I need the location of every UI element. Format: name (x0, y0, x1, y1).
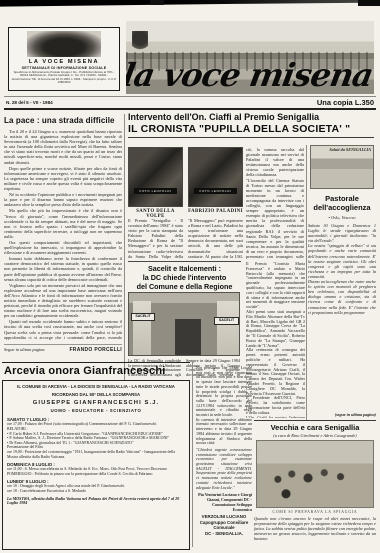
vecchia-body: Quando non c'erano ancora le ruspe ed al… (254, 516, 376, 542)
ciaffi-column-d: Il Premio "Cronista Maria Francesca" è a… (246, 262, 305, 418)
copy-price: Una copia L.350 (317, 98, 374, 107)
vintage-beach-photo (256, 440, 374, 508)
paragraph: Ora questi comportamenti discutibili ed … (4, 240, 122, 255)
article-la-pace: La pace : una strada difficile Tra il 20… (4, 114, 122, 353)
column-divider (192, 362, 193, 547)
paragraph: Né in occidente l'opinione pubblica e i … (4, 192, 122, 207)
arcevia-program-box: IL COMUNE DI ARCEVIA - LA DIOCESI DI SEN… (2, 380, 190, 550)
caption-fabrizio-paladini: FABRIZIO PALADINI (188, 209, 243, 214)
issue-row: N. 28 del 5 - VII - 1984 Una copia L.350 (4, 96, 376, 110)
panorama-photo: la voce misena (126, 21, 374, 94)
masthead-name: LA VOCE MISENA (11, 59, 117, 65)
sacelit-headline: Sacelit e Italcementi : la DC chiede l'i… (128, 261, 241, 291)
column-divider (306, 145, 307, 420)
paragraph: Innanzi tutto dobbiamo avere la franchez… (4, 256, 122, 281)
paragraph: Dopo quelle prime e scarse notizie, filt… (4, 166, 122, 191)
photo-santo-della-volpe: FOTO LEOPOLDI (128, 147, 183, 207)
beach-photo-caption: COME SI PREPARAVA LA SPIAGGIA (254, 510, 376, 514)
gate-pillar-left (133, 301, 151, 355)
pastorale-title: Pastorale dell'accoglienza (308, 194, 376, 212)
gate-pillar-right (217, 301, 239, 355)
sacelit-continuation-text: Noi pensiamo che l'Ente Locale non può e… (196, 366, 252, 446)
article-vecchia-senigallia: Vecchia e cara Senigallia (a cura di Rin… (254, 420, 376, 542)
vecchia-title: Vecchia e cara Senigallia (254, 423, 376, 432)
continuation-note: Segue in ultima pagina (4, 347, 45, 352)
sacelit-telegram: "Chiedesi urgente convocazione commissio… (196, 448, 252, 490)
paragraph: Vogliamo solo per un momento provarci ad… (4, 283, 122, 319)
photo-fabrizio-paladini: FOTO LEOPOLDI (188, 147, 243, 207)
postcard-text: Saluti da SENIGALLIA (329, 147, 371, 152)
arcevia-honoree-name: GIUSEPPE GIANFRANCESCHI S.J. (7, 400, 185, 406)
vecchia-curators: (a cura di Rino Girolimetti e Adrio Casa… (254, 433, 376, 438)
scan-artifact-corner (358, 0, 380, 6)
arcevia-day-1-program: ore 17,00 : Palazzo dei Priori (sala cin… (7, 422, 185, 459)
paragraph: Quanti nel mondo occidentale hanno subit… (4, 319, 122, 341)
gate-opening (175, 319, 201, 356)
scan-artifact-mark (150, 0, 164, 5)
sacelit-sign-right: SACELIT (214, 317, 239, 325)
sacelit-signatories: Pia Venturini Luciano e Giorgi Gianni, C… (196, 492, 252, 512)
arcevia-organizers: IL COMUNE DI ARCEVIA - LA DIOCESI DI SEN… (7, 384, 185, 389)
author-signature: FRANDO PORCELLI (69, 347, 122, 353)
ciaffi-main-headline: IL CRONISTA "PUPILLA DELLA SOCIETA' " (128, 123, 374, 135)
rocca-fortress-photo (27, 31, 101, 57)
photo-credit-stamp: FOTO LEOPOLDI (134, 188, 177, 194)
paragraph: Ma quello che più ha impressionato è che… (4, 208, 122, 239)
arcevia-mostra-note: La MOSTRA, allestita dalla Radio Vatican… (7, 497, 185, 507)
sacelit-continuation-column: Noi pensiamo che l'Ente Locale non può e… (196, 366, 252, 547)
sacelit-sign-left: SACELIT (131, 313, 155, 321)
arcevia-headline: Arcevia onora Gianfranceschi (4, 365, 190, 377)
newspaper-front-page: LA VOCE MISENA SETTIMANALE DI INFORMAZIO… (0, 0, 380, 553)
pastorale-title-line1: Pastorale (308, 194, 376, 203)
photo-credit-stamp: FOTO LEOPOLDI (194, 188, 237, 194)
pastorale-body: Sabato 30 Giugno e Domenica 1 Luglio le … (308, 223, 376, 411)
pastorale-title-line2: dell'accoglienza (308, 203, 376, 212)
pastorale-byline: • Oslo, Vescovo (308, 215, 376, 220)
article-ciaffi-headline-block: Intervento dell'On. Ciaffi al Premio Sen… (128, 112, 374, 138)
arcevia-honoree-roles: UOMO - EDUCATORE - SCIENZIATO (7, 408, 185, 413)
la-pace-footer: Segue in ultima pagina FRANDO PORCELLI (4, 344, 122, 353)
ciaffi-column-a: Il Premio "Senigallia - Il cronista dell… (128, 218, 183, 260)
sacelit-gate-photo: SACELIT SACELIT (128, 292, 240, 356)
la-pace-body: Tra il 20 e il 24 Giugno u.s. numerosi q… (4, 129, 122, 341)
postcard-senigallia-photo: Saluti da SENIGALLIA (310, 145, 374, 189)
arcevia-occasion: RICORDANO DAL 50° DELLA SCOMPARSA (7, 392, 185, 397)
ciaffi-column-c: ciò, la somma raccolta dal giornale assu… (246, 147, 304, 259)
paragraph: Tra il 20 e il 24 Giugno u.s. numerosi q… (4, 129, 122, 165)
la-pace-headline: La pace : una strada difficile (4, 116, 122, 125)
masthead-box: LA VOCE MISENA SETTIMANALE DI INFORMAZIO… (8, 27, 120, 91)
dome-silhouette (132, 31, 148, 51)
sacelit-signature-block: VERZOLINI LUCIANO Capogruppo Consiliare … (196, 514, 252, 536)
masthead-imprint: Spedizione in Abbonamento Postale Gruppo… (11, 71, 117, 85)
pastorale-continuation: (segue in ultima pagina) (308, 412, 376, 417)
issue-number: N. 28 del 5 - VII - 1984 (6, 100, 53, 105)
ciaffi-kicker: Intervento dell'On. Ciaffi al Premio Sen… (128, 112, 374, 122)
scan-artifact-top-bar (0, 0, 380, 7)
newspaper-script-title: la voce misena (126, 56, 374, 94)
ciaffi-column-b: "Il Messaggero" può esprimere a Roma e n… (188, 218, 243, 260)
arcevia-day-2-program: ore 11,00 : S. Messa concelebrata in S. … (7, 467, 185, 476)
arcevia-day-3-program: ore 10 : Omaggio degli Scouts Agesci all… (7, 484, 185, 493)
article-arcevia: Arcevia onora Gianfranceschi IL COMUNE D… (2, 362, 190, 550)
